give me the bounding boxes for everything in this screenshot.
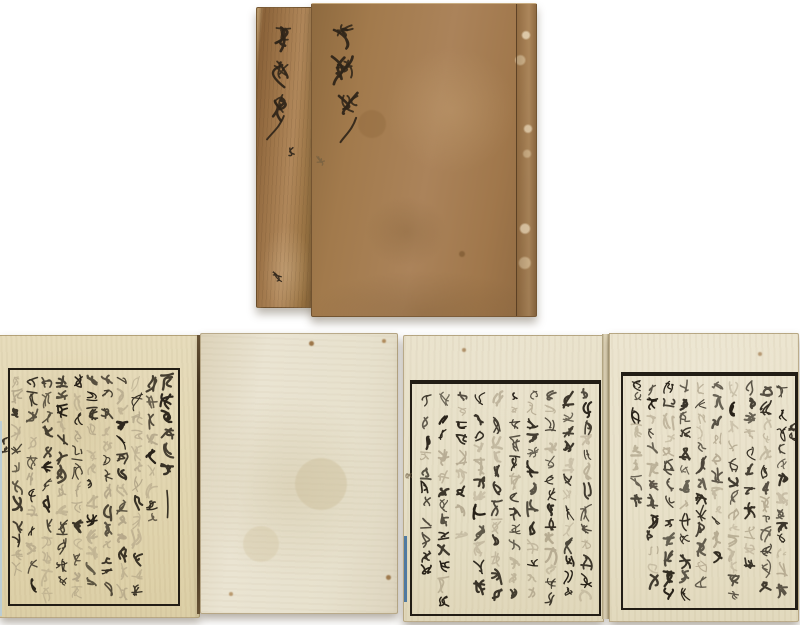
brush-stroke [696, 561, 707, 572]
brush-stroke [760, 497, 769, 512]
brush-stroke [422, 551, 430, 562]
brush-stroke [267, 115, 284, 140]
brush-stroke [509, 540, 519, 550]
brush-stroke [716, 506, 721, 512]
brush-stroke [58, 466, 66, 483]
brush-stroke [680, 481, 689, 492]
brush-stroke [714, 433, 722, 444]
brush-stroke [493, 590, 502, 600]
brush-stroke [712, 382, 722, 389]
brush-stroke [492, 519, 502, 533]
brush-stroke [119, 548, 126, 562]
brush-stroke [102, 569, 112, 574]
brush-stroke [547, 566, 556, 574]
brush-stroke [147, 376, 157, 391]
brush-stroke [666, 435, 675, 442]
cover-title-calligraphy [266, 20, 306, 120]
brush-stroke [102, 376, 112, 384]
brush-stroke [531, 484, 536, 494]
brush-stroke [439, 533, 449, 540]
brush-stroke [777, 510, 784, 519]
brush-stroke [729, 382, 737, 396]
brush-stroke [474, 477, 484, 487]
brush-stroke [474, 458, 484, 474]
brush-stroke [117, 378, 126, 384]
brush-stroke [149, 415, 154, 429]
brush-stroke [510, 493, 518, 502]
brush-stroke [42, 537, 52, 549]
brush-stroke [765, 418, 771, 429]
brush-stroke [29, 438, 37, 449]
brush-stroke [103, 455, 110, 464]
brush-stroke [474, 492, 484, 500]
brush-stroke [583, 402, 591, 417]
brush-stroke [88, 464, 95, 474]
brush-stroke [494, 391, 503, 405]
brush-stroke [582, 540, 591, 549]
brush-stroke [332, 56, 353, 84]
brush-stroke [511, 590, 517, 598]
brush-stroke [545, 418, 555, 431]
foxing-stain [309, 341, 314, 346]
brush-stroke [730, 403, 734, 416]
brush-stroke [135, 496, 142, 510]
brush-stroke [545, 475, 553, 484]
brush-stroke [475, 432, 483, 441]
brush-stroke [31, 579, 36, 592]
brush-stroke [763, 434, 769, 443]
brush-stroke [439, 430, 446, 440]
brush-stroke [548, 504, 553, 515]
brush-stroke [761, 466, 767, 479]
brush-stroke [714, 552, 721, 562]
brush-stroke [86, 563, 94, 574]
brush-stroke [681, 588, 690, 600]
brush-stroke [548, 488, 556, 500]
brush-stroke [565, 538, 572, 553]
brush-stroke [117, 422, 127, 429]
brush-stroke [510, 508, 520, 520]
brush-stroke [698, 443, 705, 452]
brush-stroke [779, 474, 787, 485]
brush-stroke [13, 377, 19, 387]
brush-stroke [666, 496, 674, 507]
brush-stroke [760, 447, 770, 460]
brush-stroke [475, 415, 483, 424]
brush-stroke [649, 429, 654, 438]
brush-stroke [441, 514, 448, 525]
brush-stroke [42, 392, 51, 407]
volume-mark-calligraphy [285, 146, 299, 160]
brush-stroke [634, 460, 638, 470]
brush-stroke [778, 459, 787, 469]
brush-stroke [117, 453, 128, 463]
brush-stroke [456, 450, 466, 464]
brush-stroke [12, 563, 21, 576]
brush-stroke [133, 477, 142, 492]
brush-stroke [135, 463, 142, 472]
brush-stroke [563, 392, 573, 408]
cover-edge-sliver [0, 421, 2, 616]
brush-stroke [664, 399, 675, 407]
brush-stroke [762, 560, 770, 578]
brush-stroke [565, 588, 572, 596]
brush-stroke [531, 391, 538, 399]
kuzushiji-text-block [11, 371, 175, 601]
brush-stroke [680, 534, 689, 544]
brush-stroke [546, 548, 557, 564]
brush-stroke [699, 414, 706, 423]
brush-stroke [647, 416, 655, 423]
brush-stroke [747, 447, 755, 460]
closed-book-front-volume [311, 3, 537, 317]
brush-stroke [495, 466, 499, 477]
brush-stroke [664, 460, 674, 475]
brush-stroke [632, 408, 640, 423]
brush-stroke [58, 435, 67, 444]
brush-stroke [777, 427, 786, 441]
brush-stroke [74, 539, 82, 549]
brush-stroke [475, 393, 484, 405]
brush-stroke [121, 564, 127, 580]
brush-stroke [746, 464, 752, 474]
brush-stroke [494, 482, 501, 494]
brush-stroke [27, 456, 37, 469]
brush-stroke [162, 411, 172, 422]
brush-stroke [75, 413, 82, 424]
brush-stroke [3, 438, 8, 444]
brush-stroke [510, 436, 520, 451]
brush-stroke [777, 584, 787, 597]
brush-stroke [564, 442, 573, 452]
brush-stroke [492, 501, 502, 516]
foxing-stain [462, 348, 466, 352]
brush-stroke [105, 484, 111, 498]
brush-stroke [75, 431, 81, 442]
brush-stroke [338, 25, 353, 36]
brush-stroke [87, 451, 96, 461]
brush-stroke [530, 523, 535, 535]
brush-stroke [712, 517, 720, 525]
brush-stroke [2, 447, 7, 453]
brush-stroke [118, 534, 126, 541]
brush-stroke [146, 484, 157, 498]
brush-stroke [42, 588, 52, 603]
cover-spine-band [516, 4, 537, 316]
brush-stroke [117, 436, 126, 449]
brush-stroke [528, 540, 538, 554]
brush-stroke [698, 383, 704, 394]
brush-stroke [492, 569, 502, 584]
brush-stroke [134, 554, 142, 566]
brush-stroke [528, 560, 538, 566]
brush-stroke [421, 519, 431, 529]
brush-stroke [118, 389, 123, 403]
brush-stroke [582, 389, 587, 398]
brush-stroke [713, 454, 721, 464]
brush-stroke [647, 531, 652, 540]
brush-stroke [458, 393, 466, 401]
brush-stroke [650, 481, 658, 490]
brush-stroke [681, 466, 689, 475]
brush-stroke [713, 532, 720, 547]
brush-stroke [161, 374, 173, 390]
foxing-stain [243, 526, 279, 562]
brush-stroke [527, 402, 536, 415]
cover-edge-sliver [404, 536, 407, 602]
brush-stroke [161, 394, 173, 408]
brush-stroke [87, 578, 96, 585]
brush-stroke [13, 463, 20, 472]
brush-stroke [494, 418, 500, 434]
brush-stroke [745, 544, 755, 554]
brush-stroke [27, 543, 36, 554]
brush-stroke [680, 501, 688, 509]
margin-title-mark [788, 422, 798, 442]
brush-stroke [730, 525, 739, 531]
cover-title-calligraphy [327, 16, 371, 122]
brush-stroke [650, 575, 658, 589]
brush-stroke [584, 450, 590, 459]
volume-mark-calligraphy [316, 155, 328, 167]
brush-stroke [12, 550, 22, 559]
brush-stroke [43, 479, 52, 491]
brush-stroke [456, 532, 467, 538]
brush-stroke [440, 392, 449, 405]
brush-stroke [273, 272, 282, 282]
brush-stroke [777, 493, 787, 504]
brush-stroke [745, 558, 755, 568]
brush-stroke [57, 506, 67, 515]
brush-stroke [547, 391, 556, 400]
brush-stroke [27, 378, 37, 387]
brush-stroke [72, 446, 82, 460]
open-book-middle-spread [403, 332, 797, 623]
brush-stroke [713, 417, 721, 428]
brush-stroke [696, 505, 706, 520]
brush-stroke [777, 549, 786, 558]
brush-stroke [422, 565, 432, 574]
brush-stroke [104, 505, 111, 520]
brush-stroke [563, 413, 573, 422]
brush-stroke [635, 393, 641, 400]
brush-stroke [649, 515, 658, 527]
brush-stroke [763, 482, 768, 493]
brush-stroke [731, 490, 739, 504]
brush-stroke [440, 561, 449, 571]
brush-stroke [680, 555, 690, 568]
brush-stroke [117, 500, 127, 514]
brush-stroke [42, 462, 52, 472]
brush-stroke [57, 453, 67, 464]
brush-stroke [648, 443, 658, 453]
brush-stroke [563, 427, 573, 437]
brush-stroke [729, 421, 738, 431]
brush-stroke [761, 527, 771, 542]
foxing-stain [229, 592, 233, 596]
brush-stroke [581, 435, 591, 445]
brush-stroke [164, 444, 173, 458]
brush-stroke [340, 118, 356, 142]
brush-stroke [680, 448, 690, 459]
brush-stroke [475, 526, 484, 540]
brush-stroke [47, 520, 52, 533]
brush-stroke [438, 545, 449, 554]
brush-stroke [777, 563, 787, 577]
brush-stroke [492, 552, 499, 566]
brush-stroke [631, 446, 641, 456]
open-book-first-spread [0, 333, 397, 618]
brush-stroke [510, 474, 520, 490]
brush-stroke [666, 520, 674, 527]
brush-stroke [695, 577, 706, 587]
brush-stroke [72, 464, 82, 480]
brush-stroke [439, 471, 449, 483]
brush-stroke [527, 500, 537, 516]
brush-stroke [528, 434, 538, 441]
brush-stroke [581, 505, 592, 521]
brush-stroke [492, 437, 502, 448]
brush-stroke [698, 479, 705, 489]
brush-stroke [117, 585, 127, 600]
brush-stroke [631, 424, 641, 437]
brush-stroke [745, 488, 755, 494]
brush-stroke [728, 535, 738, 546]
brush-stroke [512, 407, 517, 412]
kuzushiji-text-block [413, 385, 595, 610]
brush-stroke [103, 541, 110, 548]
brush-stroke [585, 421, 591, 435]
brush-stroke [57, 391, 67, 399]
brush-stroke [779, 444, 785, 453]
book-gutter [602, 334, 609, 619]
brush-stroke [420, 452, 430, 460]
brush-stroke [75, 375, 83, 387]
brush-stroke [546, 533, 553, 543]
brush-stroke [58, 419, 65, 432]
brush-stroke [43, 426, 52, 436]
brush-stroke [422, 533, 429, 547]
brush-stroke [510, 420, 520, 429]
brush-stroke [29, 489, 35, 501]
brush-stroke [779, 410, 786, 420]
brush-stroke [564, 474, 572, 485]
brush-stroke [58, 539, 66, 555]
brush-stroke [289, 148, 294, 156]
blank-page [200, 333, 398, 614]
text-frame [8, 368, 180, 606]
brush-stroke [745, 527, 755, 539]
brush-stroke [745, 429, 755, 438]
brush-stroke [546, 519, 556, 530]
ink-flourish [272, 268, 286, 286]
brush-stroke [760, 401, 771, 415]
photo-scene [0, 0, 800, 625]
brush-stroke [132, 585, 142, 595]
brush-stroke [510, 456, 520, 470]
margin-leaf-mark [1, 436, 9, 454]
brush-stroke [59, 577, 67, 585]
brush-stroke [494, 452, 500, 462]
brush-stroke [57, 520, 67, 534]
brush-stroke [117, 485, 127, 496]
brush-stroke [474, 560, 484, 573]
brush-stroke [147, 396, 158, 408]
brush-stroke [581, 574, 591, 588]
brush-stroke [438, 577, 448, 593]
brush-stroke [680, 571, 688, 583]
brush-stroke [697, 426, 702, 441]
brush-stroke [729, 478, 738, 486]
foxing-stain [758, 352, 762, 356]
brush-stroke [681, 400, 688, 410]
margin-leaf-mark [405, 472, 413, 482]
brush-stroke [714, 395, 723, 409]
brush-stroke [474, 542, 484, 556]
printed-page [0, 335, 200, 618]
brush-stroke [132, 570, 142, 579]
text-frame [410, 380, 601, 616]
brush-stroke [458, 407, 465, 415]
brush-stroke [87, 547, 97, 559]
brush-stroke [763, 516, 769, 522]
brush-stroke [456, 505, 464, 515]
brush-stroke [440, 416, 448, 424]
brush-stroke [584, 483, 591, 499]
calligraphy-strokes [267, 27, 290, 140]
brush-stroke [456, 422, 466, 429]
brush-stroke [712, 468, 722, 482]
brush-stroke [440, 596, 449, 606]
brush-stroke [439, 489, 448, 497]
brush-stroke [664, 533, 674, 545]
brush-stroke [457, 487, 464, 497]
brush-stroke [13, 522, 22, 533]
brush-stroke [44, 447, 51, 457]
foxing-stain [459, 251, 465, 257]
brush-stroke [132, 530, 141, 548]
brush-stroke [75, 394, 82, 410]
brush-stroke [406, 474, 412, 479]
brush-stroke [664, 381, 673, 393]
brush-stroke [563, 459, 573, 472]
brush-stroke [167, 491, 168, 518]
foxing-stain [382, 339, 386, 343]
brush-stroke [746, 381, 752, 395]
brush-stroke [667, 479, 673, 491]
brush-stroke [424, 497, 430, 505]
brush-stroke [745, 503, 755, 519]
closed-book-back-volume [256, 7, 318, 308]
brush-stroke [87, 407, 97, 419]
brush-stroke [421, 468, 431, 479]
brush-stroke [13, 481, 22, 494]
brush-stroke [648, 398, 658, 409]
brush-stroke [76, 482, 81, 496]
brush-stroke [631, 495, 641, 506]
brush-stroke [580, 591, 591, 601]
brush-stroke [510, 574, 516, 583]
brush-stroke [513, 393, 517, 399]
brush-stroke [13, 497, 22, 510]
brush-stroke [546, 444, 556, 453]
brush-stroke [697, 539, 705, 555]
brush-stroke [729, 509, 739, 519]
brush-stroke [680, 380, 688, 392]
brush-stroke [27, 392, 37, 406]
brush-stroke [133, 513, 140, 529]
kuzushiji-text-block [624, 377, 791, 604]
